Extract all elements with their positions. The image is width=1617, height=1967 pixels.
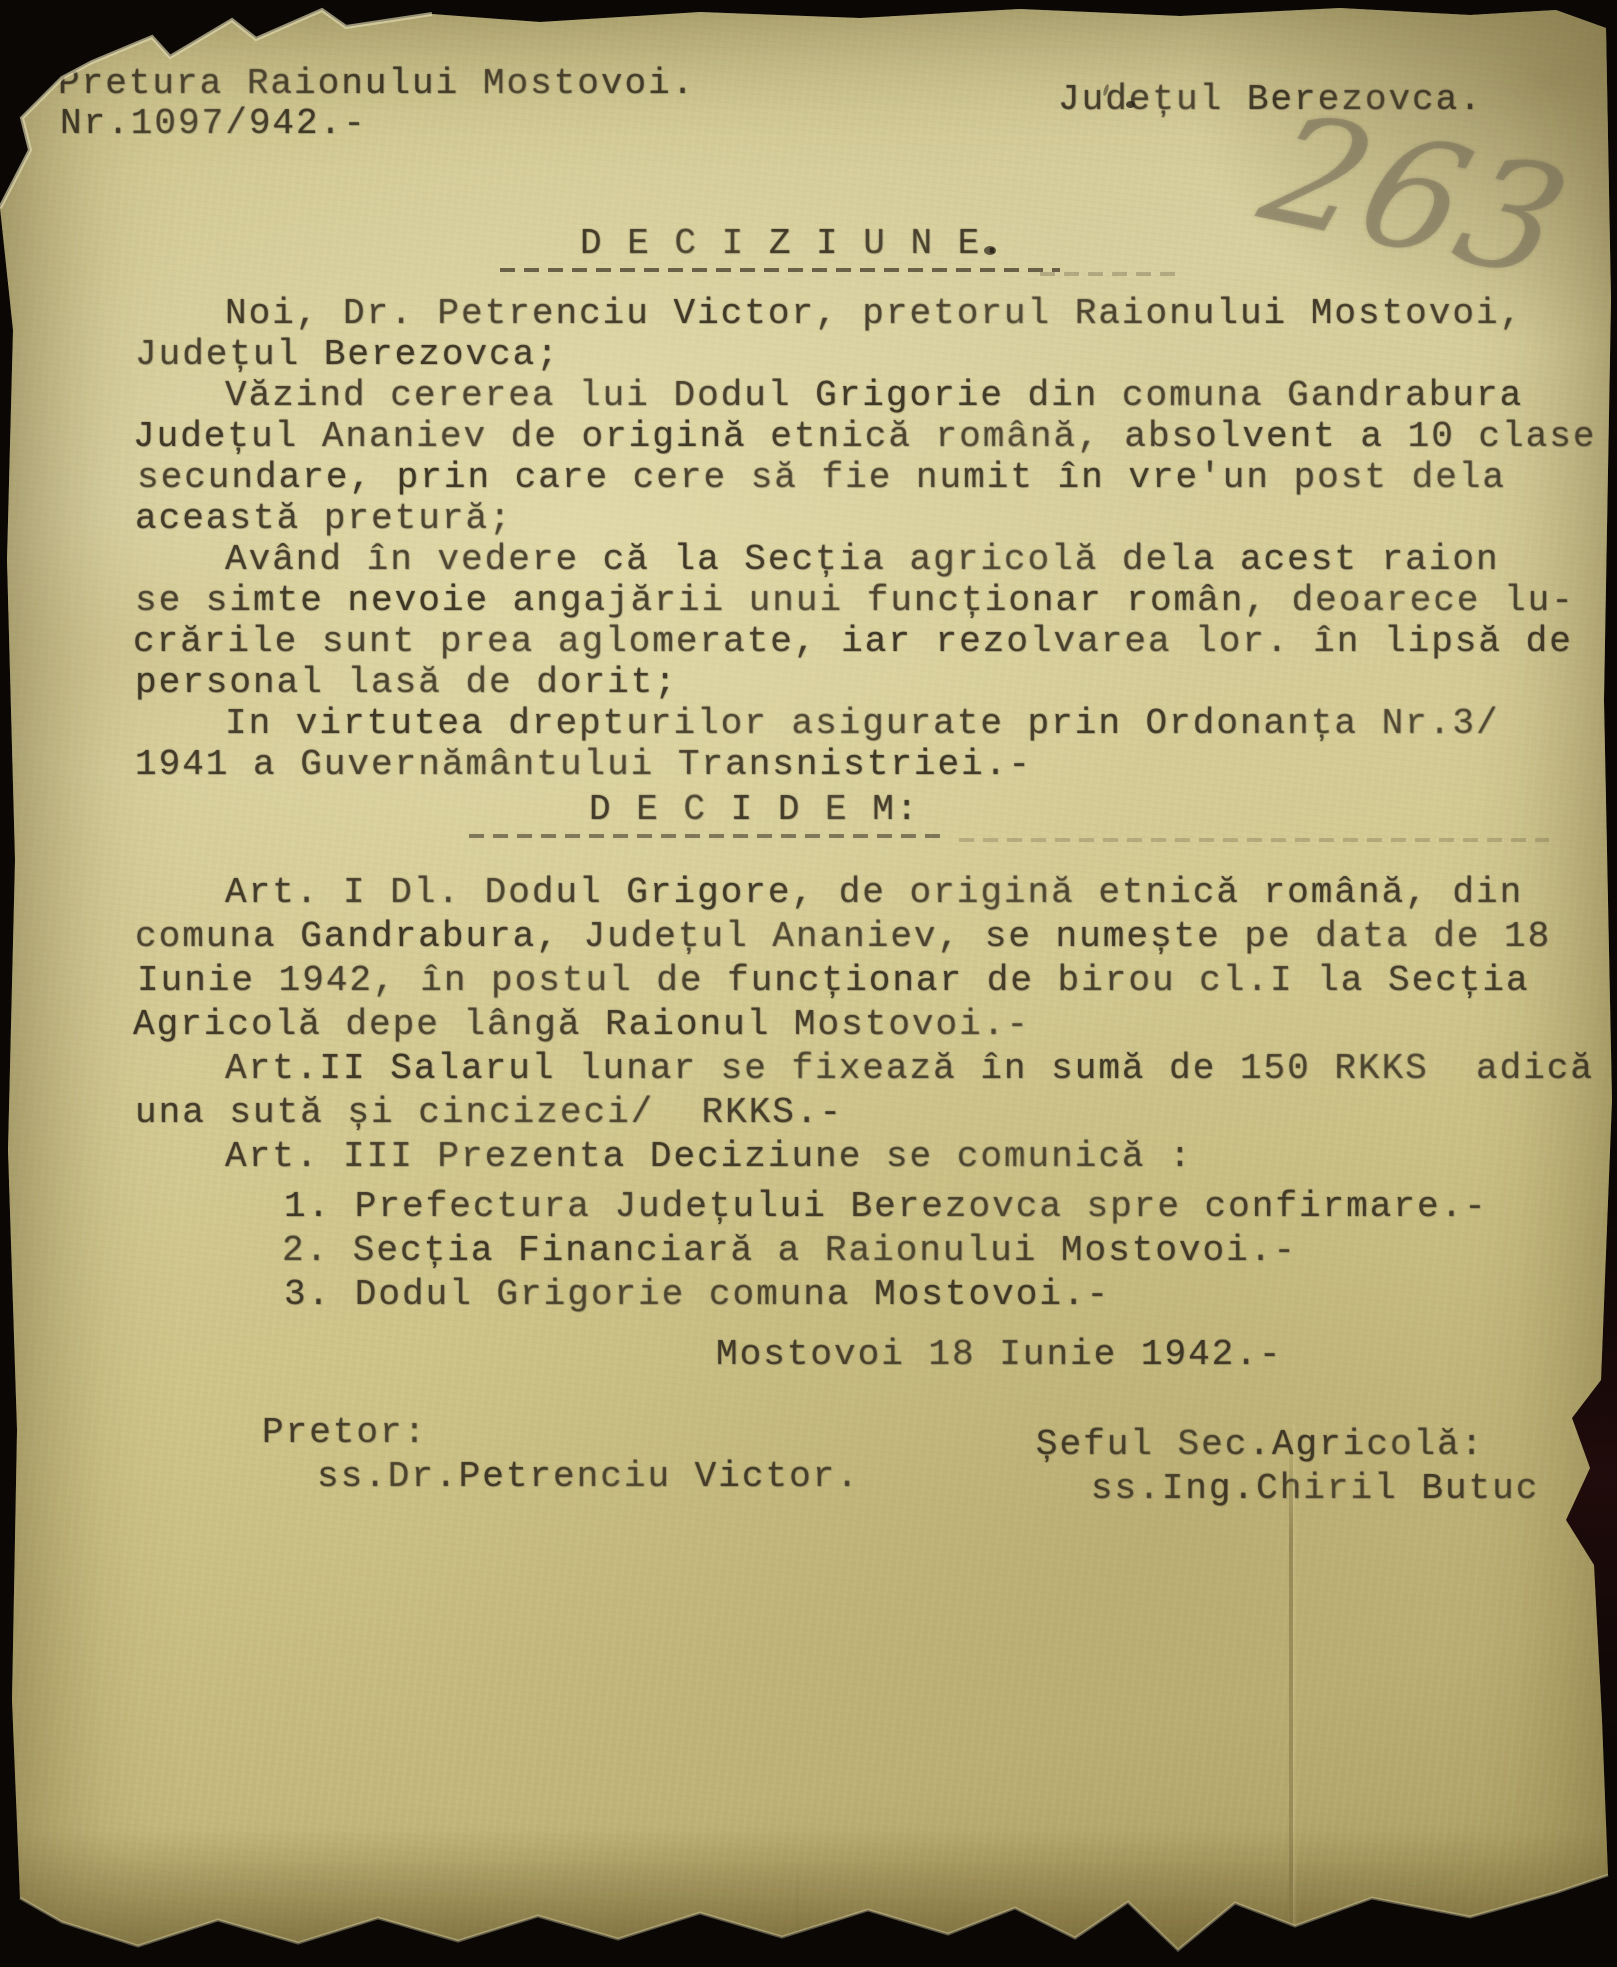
document-line: Art. III Prezenta Deciziune se comunică …	[137, 1135, 1607, 1179]
document-line: Văzind cererea lui Dodul Grigorie din co…	[137, 375, 1607, 416]
header-document-number: Nr.1097/942.-	[60, 104, 697, 144]
header-office-name: Pretura Raionului Mostovoi.	[58, 64, 695, 104]
document-line: Având în vedere că la Secția agricolă de…	[137, 539, 1607, 580]
signature-right-role: Șeful Sec.Agricolă:	[1036, 1423, 1537, 1467]
signature-left-block: Pretor: ss.Dr.Petrenciu Victor.	[262, 1411, 858, 1499]
document-line: Art.II Salarul lunar se fixează în sumă …	[137, 1047, 1607, 1091]
distribution-list: 1. Prefectura Județului Berezovca spre c…	[135, 1185, 1605, 1317]
document-line: Județul Ananiev de origină etnică română…	[133, 416, 1603, 457]
document-title-row: D E C I Z I U N E.	[580, 222, 1005, 266]
document-line: Iunie 1942, în postul de funcționar de b…	[137, 959, 1607, 1003]
paper-speck	[984, 246, 996, 255]
dateline: Mostovoi 18 Iunie 1942.-	[716, 1333, 1605, 1377]
document-line: se simte nevoie angajării unui funcționa…	[135, 580, 1605, 621]
decide-underline-extension	[959, 838, 1549, 842]
preamble-section: Noi, Dr. Petrenciu Victor, pretorul Raio…	[135, 293, 1605, 785]
document-line: Județul Berezovca;	[135, 334, 1605, 375]
document-line: 1941 a Guvernământului Transnistriei.-	[135, 744, 1605, 785]
distribution-item: 3. Dodul Grigorie comuna Mostovoi.-	[284, 1273, 1607, 1317]
paper-speck	[1126, 101, 1135, 108]
document-paper: Pretura Raionului Mostovoi. Nr.1097/942.…	[0, 0, 1617, 1967]
dateline-row: Mostovoi 18 Iunie 1942.-	[716, 1333, 1605, 1377]
title-underline	[500, 268, 1060, 272]
distribution-item: 2. Secția Financiară a Raionului Mostovo…	[282, 1229, 1605, 1273]
header-left-block: Pretura Raionului Mostovoi. Nr.1097/942.…	[58, 64, 695, 144]
articles-section: Art. I Dl. Dodul Grigore, de origină etn…	[135, 871, 1605, 1179]
document-line: personal lasă de dorit;	[135, 662, 1605, 703]
document-line: secundare, prin care cere să fie numit î…	[137, 457, 1607, 498]
decide-underline	[469, 834, 949, 838]
signature-left-role: Pretor:	[262, 1411, 858, 1455]
document-line: una sută și cincizeci/ RKKS.-	[135, 1091, 1605, 1135]
paper-crease-vertical	[1289, 1425, 1293, 1967]
document-title: D E C I Z I U N E.	[580, 222, 1005, 266]
pencil-annotation: 263	[1244, 81, 1589, 312]
document-line: comuna Gandrabura, Județul Ananiev, se n…	[135, 915, 1605, 959]
decide-heading-row: D E C I D E M:	[589, 788, 919, 832]
decide-heading: D E C I D E M:	[589, 788, 919, 832]
signature-right-block: Șeful Sec.Agricolă: ss.Ing.Chiril Butuc	[1036, 1423, 1537, 1511]
document-line: In virtutea drepturilor asigurate prin O…	[137, 703, 1607, 744]
title-underline-extension	[1040, 272, 1180, 276]
document-line: această pretură;	[135, 498, 1605, 539]
document-line: Noi, Dr. Petrenciu Victor, pretorul Raio…	[137, 293, 1607, 334]
signature-left-name: ss.Dr.Petrenciu Victor.	[264, 1455, 860, 1499]
document-line: crările sunt prea aglomerate, iar rezolv…	[133, 621, 1603, 662]
distribution-item: 1. Prefectura Județului Berezovca spre c…	[284, 1185, 1607, 1229]
document-body: Noi, Dr. Petrenciu Victor, pretorul Raio…	[135, 293, 1605, 1499]
document-line: Art. I Dl. Dodul Grigore, de origină etn…	[137, 871, 1607, 915]
scanned-document-photo: Pretura Raionului Mostovoi. Nr.1097/942.…	[0, 0, 1617, 1967]
document-line: Agricolă depe lângă Raionul Mostovoi.-	[133, 1003, 1603, 1047]
signatures-row: Pretor: ss.Dr.Petrenciu Victor. Șeful Se…	[135, 1411, 1605, 1499]
paper-crease-bottom	[796, 1855, 799, 1967]
